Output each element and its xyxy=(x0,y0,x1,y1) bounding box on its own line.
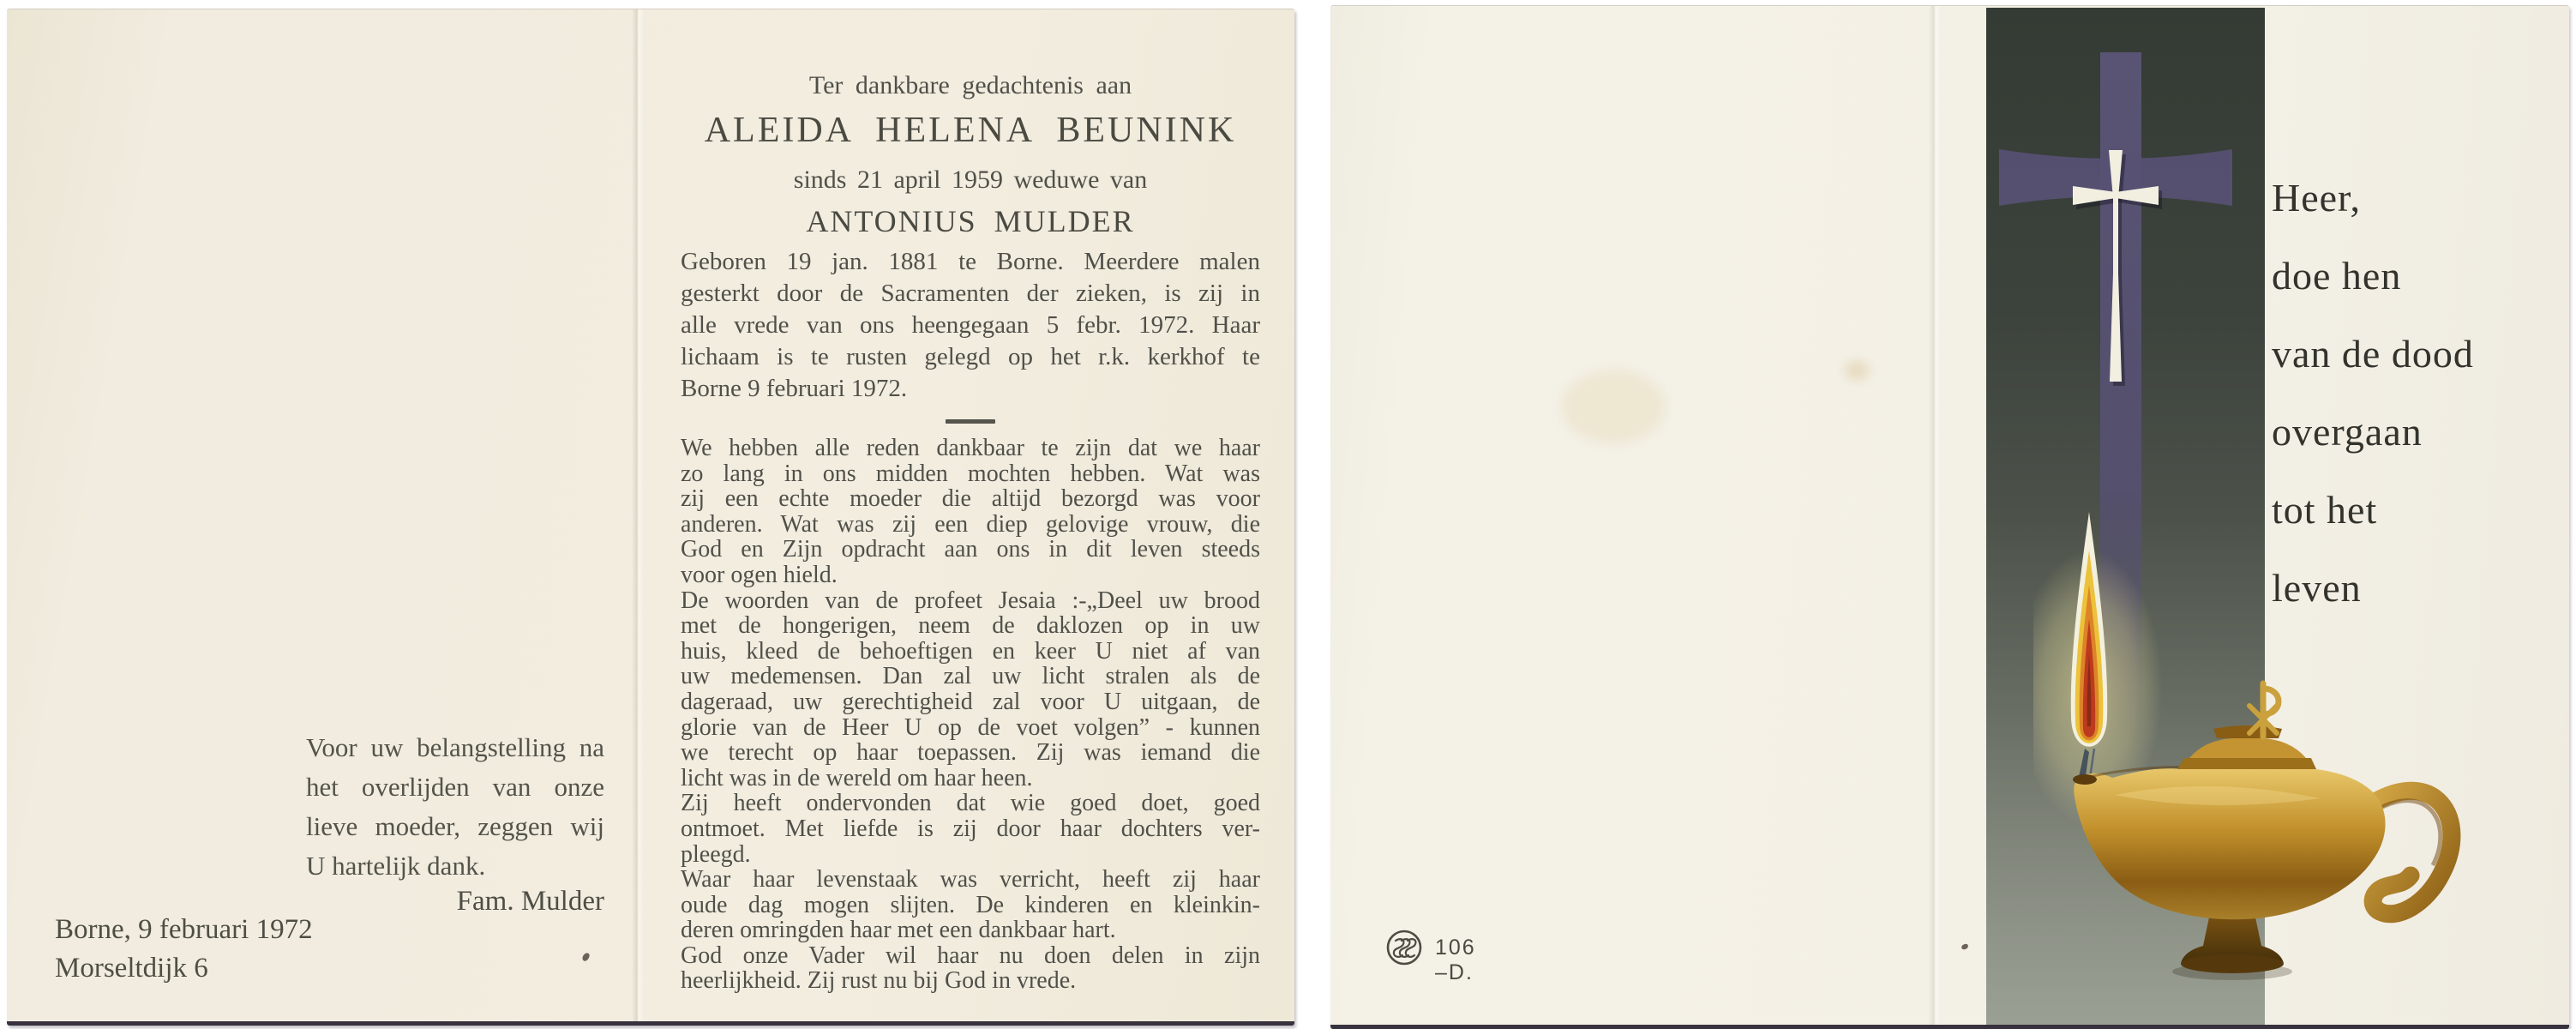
memorial-line: Zij heeft ondervonden dat wie goed doet,… xyxy=(681,791,1260,816)
memorial-line: anderen. Wat was zij een diep gelovige v… xyxy=(681,512,1260,538)
scan-speck xyxy=(581,952,591,962)
address: Morseltdijk 6 xyxy=(55,953,208,984)
memorial-line: voor ogen hield. xyxy=(681,563,1260,588)
chi-rho-icon xyxy=(2249,683,2279,737)
memorial-line: God onze Vader wil haar nu doen delen in… xyxy=(681,943,1260,969)
place-and-date: Borne, 9 februari 1972 xyxy=(55,914,313,946)
paper-stain xyxy=(1845,362,1869,379)
memorial-line: pleegd. xyxy=(681,842,1260,868)
memorial-line: dageraad, uw gerechtigheid zal voor U ui… xyxy=(681,689,1260,715)
life-line: gesterkt door de Sacramenten der zieken,… xyxy=(681,278,1260,310)
memorial-line: uw medemensen. Dan zal uw licht stralen … xyxy=(681,664,1260,689)
spouse-name: ANTONIUS MULDER xyxy=(681,203,1260,239)
deceased-name: ALEIDA HELENA BEUNINK xyxy=(681,110,1260,151)
memorial-line: we terecht op haar toepassen. Zij was ie… xyxy=(681,740,1260,766)
prayer-line: tot het xyxy=(2272,471,2474,549)
memorial-line: zij een echte moeder die altijd bezorgd … xyxy=(681,486,1260,512)
lamp-lid-base xyxy=(2177,758,2316,769)
section-divider-rule xyxy=(946,419,995,424)
life-line: Borne 9 februari 1972. xyxy=(681,373,1260,405)
publisher-logo-icon xyxy=(1385,929,1423,966)
relation-line: sinds 21 april 1959 weduwe van xyxy=(681,165,1260,195)
memorial-line: heerlijkheid. Zij rust nu bij God in vre… xyxy=(681,968,1260,994)
life-line: Geboren 19 jan. 1881 te Borne. Meerdere … xyxy=(681,246,1260,278)
life-dates-paragraph: Geboren 19 jan. 1881 te Borne. Meerdere … xyxy=(681,246,1260,405)
acknowledgement-line: U hartelijk dank. xyxy=(306,846,604,886)
life-line: lichaam is te rusten gelegd op het r.k. … xyxy=(681,341,1260,373)
family-signature: Fam. Mulder xyxy=(306,886,604,918)
intro-line: Ter dankbare gedachtenis aan xyxy=(681,71,1260,100)
memorial-line: ontmoet. Met liefde is zij door haar doc… xyxy=(681,816,1260,842)
memorial-line: We hebben alle reden dankbaar te zijn da… xyxy=(681,436,1260,461)
prayer-line: doe hen xyxy=(2272,237,2474,315)
prayer-line: van de dood xyxy=(2272,315,2474,393)
memorial-line: zo lang in ons midden mochten hebben. Wa… xyxy=(681,461,1260,487)
prayer-line: Heer, xyxy=(2272,159,2474,237)
acknowledgement-text: Voor uw belangstelling na het overlijden… xyxy=(306,728,604,886)
memorial-card-scan-page: Voor uw belangstelling na het overlijden… xyxy=(0,0,2576,1029)
prayer-line: overgaan xyxy=(2272,393,2474,471)
scan-speck xyxy=(1961,943,1968,950)
card-outside-scan: 106 –D. xyxy=(1330,5,2569,1029)
memorial-line: met de hongerigen, neem de daklozen op i… xyxy=(681,613,1260,639)
lamp-spout-opening xyxy=(2073,774,2097,785)
prayer-text: Heer, doe hen van de dood overgaan tot h… xyxy=(2272,159,2474,627)
acknowledgement-line: Voor uw belangstelling na xyxy=(306,728,604,767)
memorial-line: licht was in de wereld om haar heen. xyxy=(681,766,1260,791)
memorial-line: Waar haar levenstaak was verricht, heeft… xyxy=(681,867,1260,893)
memorial-line: oude dag mogen slijten. De kinderen en k… xyxy=(681,893,1260,918)
life-line: alle vrede van ons heengegaan 5 febr. 19… xyxy=(681,310,1260,341)
fold-crease xyxy=(632,9,644,1021)
prayer-line: leven xyxy=(2272,549,2474,627)
memorial-line: God en Zijn opdracht aan ons in dit leve… xyxy=(681,537,1260,563)
lamp-lid-mound xyxy=(2189,738,2306,758)
memorial-line: De woorden van de profeet Jesaia :-„Deel… xyxy=(681,588,1260,614)
memorial-text: We hebben alle reden dankbaar te zijn da… xyxy=(681,436,1260,994)
acknowledgement-line: lieve moeder, zeggen wij xyxy=(306,807,604,846)
card-inside-scan: Voor uw belangstelling na het overlijden… xyxy=(7,9,1294,1026)
memorial-line: glorie van de Heer U op de voet volgen” … xyxy=(681,715,1260,741)
memorial-line: huis, kleed de behoeftigen en keer U nie… xyxy=(681,639,1260,665)
memorial-line: deren omringden haar met een dankbaar ha… xyxy=(681,918,1260,943)
printer-code: 106 –D. xyxy=(1435,936,1476,985)
fold-crease xyxy=(1929,6,1941,1025)
paper-stain xyxy=(1562,370,1665,443)
acknowledgement-line: het overlijden van onze xyxy=(306,767,604,807)
